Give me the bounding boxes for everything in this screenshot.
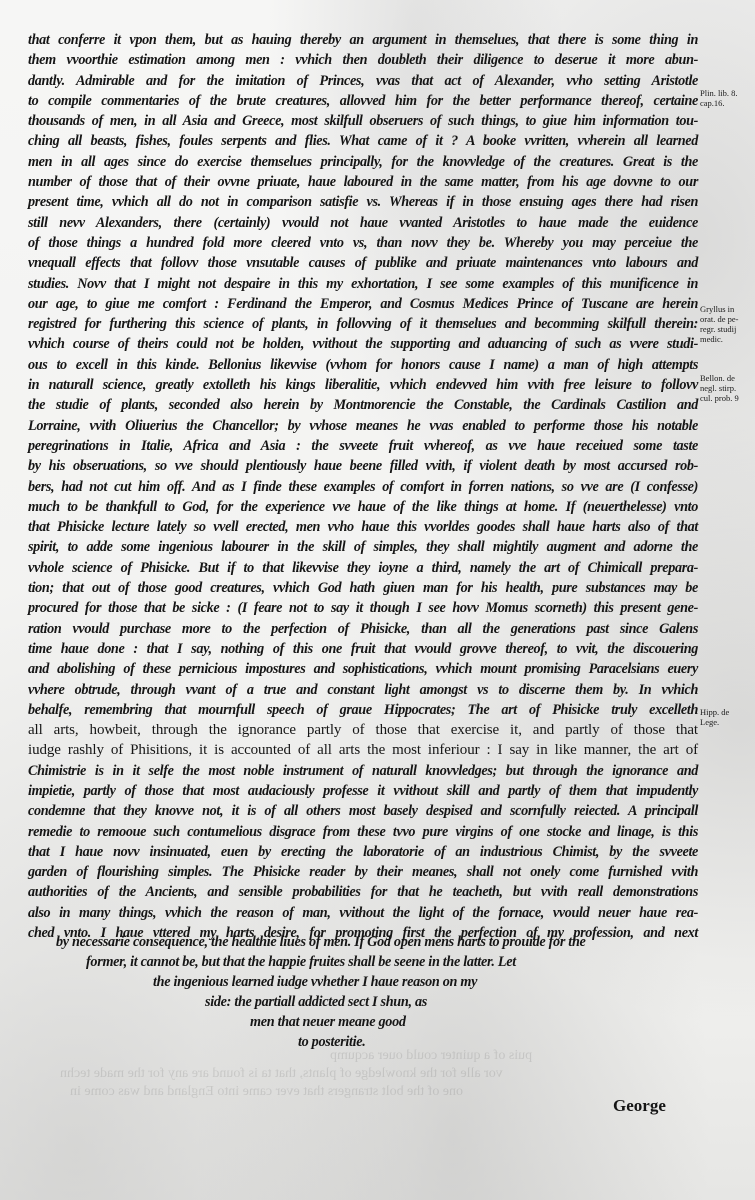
text-line: thousands of men, in all Asia and Greece… [28,111,698,131]
text-line: men in all ages since do exercise themse… [28,152,698,172]
margin-note-line: Lege. [700,717,729,727]
text-line: dantly. Admirable and for the imitation … [28,71,698,91]
text-line: vvhole science of Phisicke. But if to th… [28,558,698,578]
closing-line: to posteritie. [298,1032,366,1052]
closing-line: by necessarie consequence, the healthie … [56,932,586,952]
text-line: that I haue novv insinuated, euen by ere… [28,842,698,862]
margin-note-line: regr. studij [700,324,738,334]
text-line: vvhere obtrude, through vvant of a true … [28,680,698,700]
text-line: procured for those that be sicke : (I fe… [28,598,698,618]
text-line: present time, vvhich all do not in compa… [28,192,698,212]
text-line: that conferre it vpon them, but as hauin… [28,30,698,50]
closing-line: side: the partiall addicted sect I shun,… [205,992,427,1012]
text-line: condemne that they knovve not, it is of … [28,801,698,821]
margin-note-line: medic. [700,334,738,344]
text-line: bers, had not cut him off. And as I find… [28,477,698,497]
margin-note-line: cap.16. [700,98,738,108]
text-line: spirit, to adde some ingenious labourer … [28,537,698,557]
text-line: ration vvould purchase more to the perfe… [28,619,698,639]
text-line: to compile commentaries of the brute cre… [28,91,698,111]
text-line: the studie of plants, seconded also here… [28,395,698,415]
closing-line: men that neuer meane good [250,1012,406,1032]
text-line: still nevv Alexanders, there (certainly)… [28,213,698,233]
text-line: and abolishing of these pernicious impos… [28,659,698,679]
margin-note-pliny: Plin. lib. 8. cap.16. [700,88,738,108]
margin-note-bellonius: Bellon. de negl. stirp. cul. prob. 9 [700,373,739,403]
text-line: that Phisicke lecture lately so vvell er… [28,517,698,537]
main-body-text: that conferre it vpon them, but as hauin… [28,30,698,943]
text-line: studies. Novv that I might not despaire … [28,274,698,294]
text-line: ching all beasts, fishes, foules serpent… [28,131,698,151]
text-line: vnequall effects that follovv those vnsu… [28,253,698,273]
text-line: of those things a hundred fold more clee… [28,233,698,253]
show-through-text: vor alle for the knowledge of plants, th… [60,1066,503,1082]
margin-note-line: cul. prob. 9 [700,393,739,403]
margin-note-gryllus: Gryllus in orat. de pe- regr. studij med… [700,304,738,344]
show-through-text: one of the bolt strangers that ever came… [70,1084,463,1100]
text-line: ous to excell in this kinde. Bellonius l… [28,355,698,375]
closing-line: the ingenious learned iudge vvhether I h… [153,972,477,992]
catchword: George [613,1096,666,1116]
text-line: peregrinations in Italie, Africa and Asi… [28,436,698,456]
text-line: tion; that out of those good creatures, … [28,578,698,598]
text-line: much to be thankfull to God, for the exp… [28,497,698,517]
text-line: all arts, howbeit, through the ignorance… [28,720,698,740]
margin-note-line: Gryllus in [700,304,738,314]
margin-note-line: Hipp. de [700,707,729,717]
margin-note-hippocrates: Hipp. de Lege. [700,707,729,727]
text-line: remedie to remooue such contumelious dis… [28,822,698,842]
margin-note-line: orat. de pe- [700,314,738,324]
text-line: them vvoorthie estimation among men : vv… [28,50,698,70]
text-line: Chimistrie is in it selfe the most noble… [28,761,698,781]
closing-line: former, it cannot be, but that the happi… [86,952,516,972]
text-line: behalfe, remembring that mournfull speec… [28,700,698,720]
text-line: vvhich course of theirs could not be hol… [28,334,698,354]
margin-note-line: Bellon. de [700,373,739,383]
text-line: authorities of the Ancients, and sensibl… [28,882,698,902]
text-line: impietie, partly of those that most auda… [28,781,698,801]
scanned-page: puis of a quinter could ouer acqump vor … [0,0,755,1200]
text-line: garden of flourishing simples. The Phisi… [28,862,698,882]
margin-note-line: negl. stirp. [700,383,739,393]
margin-note-line: Plin. lib. 8. [700,88,738,98]
text-line: iudge rashly of Phisitions, it is accoun… [28,740,698,760]
text-line: also in many things, vvhich the reason o… [28,903,698,923]
text-line: our age, to giue me comfort : Ferdinand … [28,294,698,314]
text-line: by his obseruations, so vve should plent… [28,456,698,476]
text-line: registred for furthering this science of… [28,314,698,334]
text-line: Lorraine, vvith Oliuerius the Chancellor… [28,416,698,436]
text-line: number of those that of their ovvne priu… [28,172,698,192]
text-line: in naturall science, greatly extolleth h… [28,375,698,395]
text-line: time haue done : that I say, nothing of … [28,639,698,659]
